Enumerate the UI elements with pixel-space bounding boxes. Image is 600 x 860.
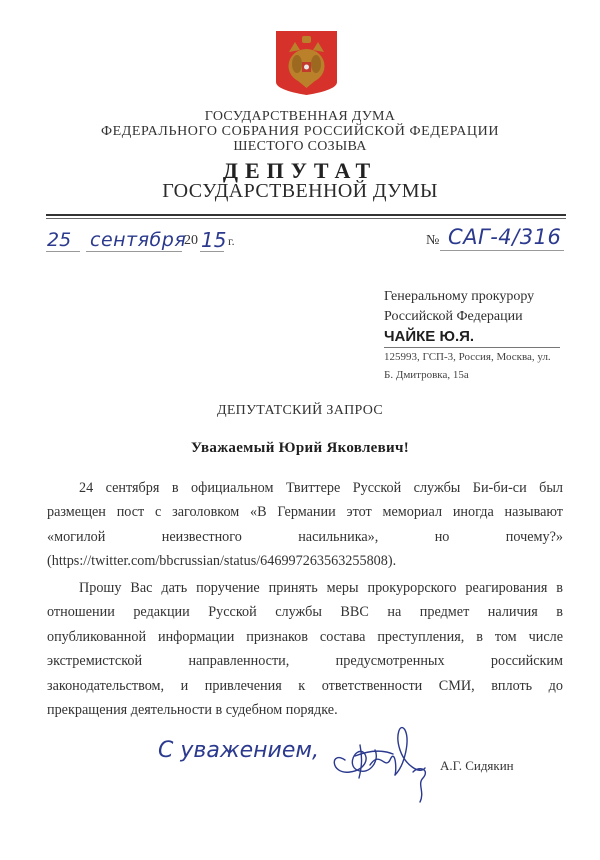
document-title: ДЕПУТАТСКИЙ ЗАПРОС [0, 403, 600, 419]
paragraph-line: отношении редакции Русской службы BBC на… [47, 600, 563, 624]
date-year-prefix: 20 [184, 233, 198, 249]
addressee-address-1: 125993, ГСП-3, Россия, Москва, ул. [384, 351, 551, 363]
addressee-line-2: Российской Федерации [384, 309, 523, 325]
paragraph-line: Прошу Вас дать поручение принять меры пр… [47, 576, 563, 600]
handwritten-signature-icon [325, 720, 445, 810]
paragraph-line: «могилой неизвестного насильника», но по… [47, 525, 563, 549]
number-sign: № [426, 233, 439, 249]
date-day: 25 [47, 229, 71, 251]
header-line-3: ШЕСТОГО СОЗЫВА [0, 139, 600, 155]
header-divider-thin [46, 218, 566, 219]
paragraph-line: экстремистской направленности, предусмот… [47, 649, 563, 673]
date-month: сентября [90, 229, 186, 251]
paragraph-line: законодательством, и привлечения к ответ… [47, 674, 563, 698]
paragraph-1: 24 сентября в официальном Твиттере Русск… [47, 476, 563, 574]
date-year-suffix: 15 [201, 228, 226, 252]
header-subtitle: ГОСУДАРСТВЕННОЙ ДУМЫ [0, 180, 600, 203]
paragraph-2: Прошу Вас дать поручение принять меры пр… [47, 576, 563, 722]
date-day-underline [46, 251, 80, 252]
paragraph-line-url: (https://twitter.com/bbcrussian/status/6… [47, 549, 563, 573]
russian-coat-of-arms-icon [275, 30, 338, 96]
paragraph-line: опубликованной информации признаков сост… [47, 625, 563, 649]
addressee-line-1: Генеральному прокурору [384, 289, 534, 305]
addressee-name: ЧАЙКЕ Ю.Я. [384, 328, 474, 345]
addressee-address-2: Б. Дмитровка, 15а [384, 369, 469, 381]
paragraph-line: размещен пост с заголовком «В Германии э… [47, 500, 563, 524]
closing-handwritten: С уважением, [158, 738, 319, 763]
date-month-underline [86, 251, 182, 252]
header-divider-thick [46, 214, 566, 216]
number-underline [440, 250, 564, 251]
document-number: САГ-4/316 [448, 225, 561, 249]
signer-name: А.Г. Сидякин [440, 758, 514, 774]
paragraph-line: 24 сентября в официальном Твиттере Русск… [47, 476, 563, 500]
addressee-divider [384, 347, 560, 348]
header-line-2: ФЕДЕРАЛЬНОГО СОБРАНИЯ РОССИЙСКОЙ ФЕДЕРАЦ… [0, 124, 600, 140]
date-year-underline [200, 251, 224, 252]
date-year-mark: г. [228, 234, 235, 249]
header-line-1: ГОСУДАРСТВЕННАЯ ДУМА [0, 109, 600, 125]
greeting: Уважаемый Юрий Яковлевич! [0, 440, 600, 457]
paragraph-line: прекращения деятельности в судебном поря… [47, 698, 563, 722]
